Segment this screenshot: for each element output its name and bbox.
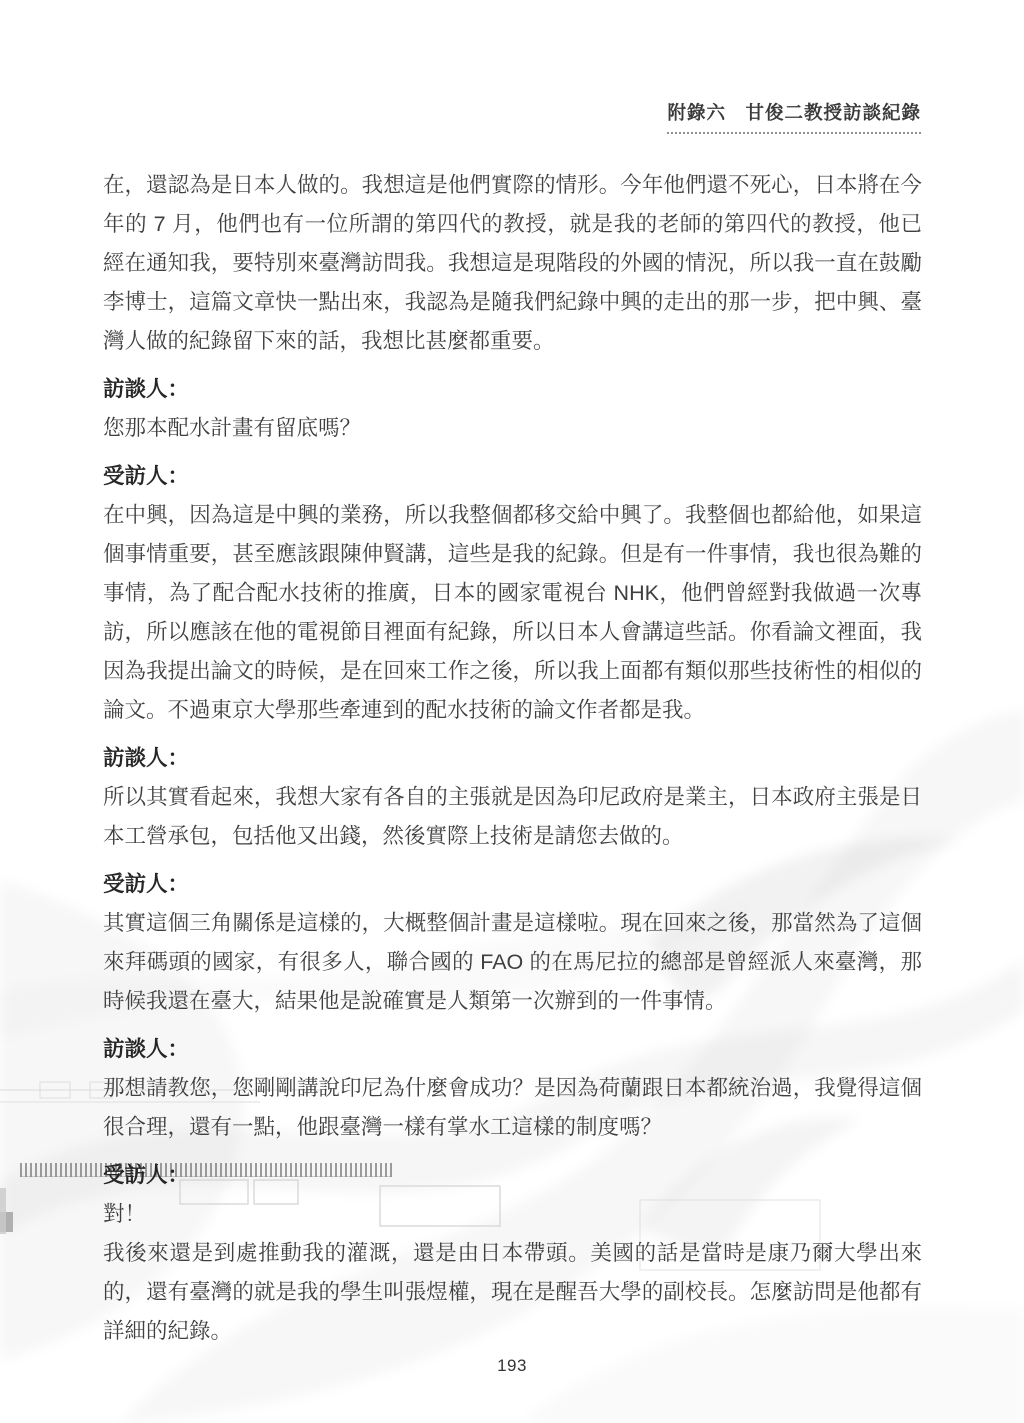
paragraph: 對！ xyxy=(103,1195,922,1234)
speaker-label-interviewer: 訪談人： xyxy=(103,739,922,778)
paragraph: 您那本配水計畫有留底嗎？ xyxy=(103,409,922,448)
running-header: 附錄六 甘俊二教授訪談紀錄 xyxy=(667,99,921,134)
paragraph: 在，還認為是日本人做的。我想這是他們實際的情形。今年他們還不死心，日本將在今年的… xyxy=(103,166,922,361)
speaker-label-interviewer: 訪談人： xyxy=(103,1030,922,1069)
speaker-label-interviewee: 受訪人： xyxy=(103,457,922,496)
left-edge-mark-light xyxy=(0,1188,6,1234)
page-number: 193 xyxy=(0,1356,1024,1376)
document-page: 附錄六 甘俊二教授訪談紀錄 在，還認為是日本人做的。我想這是他們實際的情形。今年… xyxy=(0,0,1024,1423)
speaker-label-interviewee: 受訪人： xyxy=(103,1156,922,1195)
paragraph: 其實這個三角關係是這樣的，大概整個計畫是這樣啦。現在回來之後，那當然為了這個來拜… xyxy=(103,904,922,1021)
paragraph: 那想請教您，您剛剛講說印尼為什麼會成功？是因為荷蘭跟日本都統治過，我覺得這個很合… xyxy=(103,1069,922,1147)
transcript: 在，還認為是日本人做的。我想這是他們實際的情形。今年他們還不死心，日本將在今年的… xyxy=(103,166,922,1351)
paragraph: 在中興，因為這是中興的業務，所以我整個都移交給中興了。我整個也都給他，如果這個事… xyxy=(103,496,922,730)
paragraph: 我後來還是到處推動我的灌溉，還是由日本帶頭。美國的話是當時是康乃爾大學出來的，還… xyxy=(103,1234,922,1351)
left-edge-mark xyxy=(0,1212,13,1232)
speaker-label-interviewee: 受訪人： xyxy=(103,865,922,904)
paragraph: 所以其實看起來，我想大家有各自的主張就是因為印尼政府是業主，日本政府主張是日本工… xyxy=(103,778,922,856)
speaker-label-interviewer: 訪談人： xyxy=(103,370,922,409)
